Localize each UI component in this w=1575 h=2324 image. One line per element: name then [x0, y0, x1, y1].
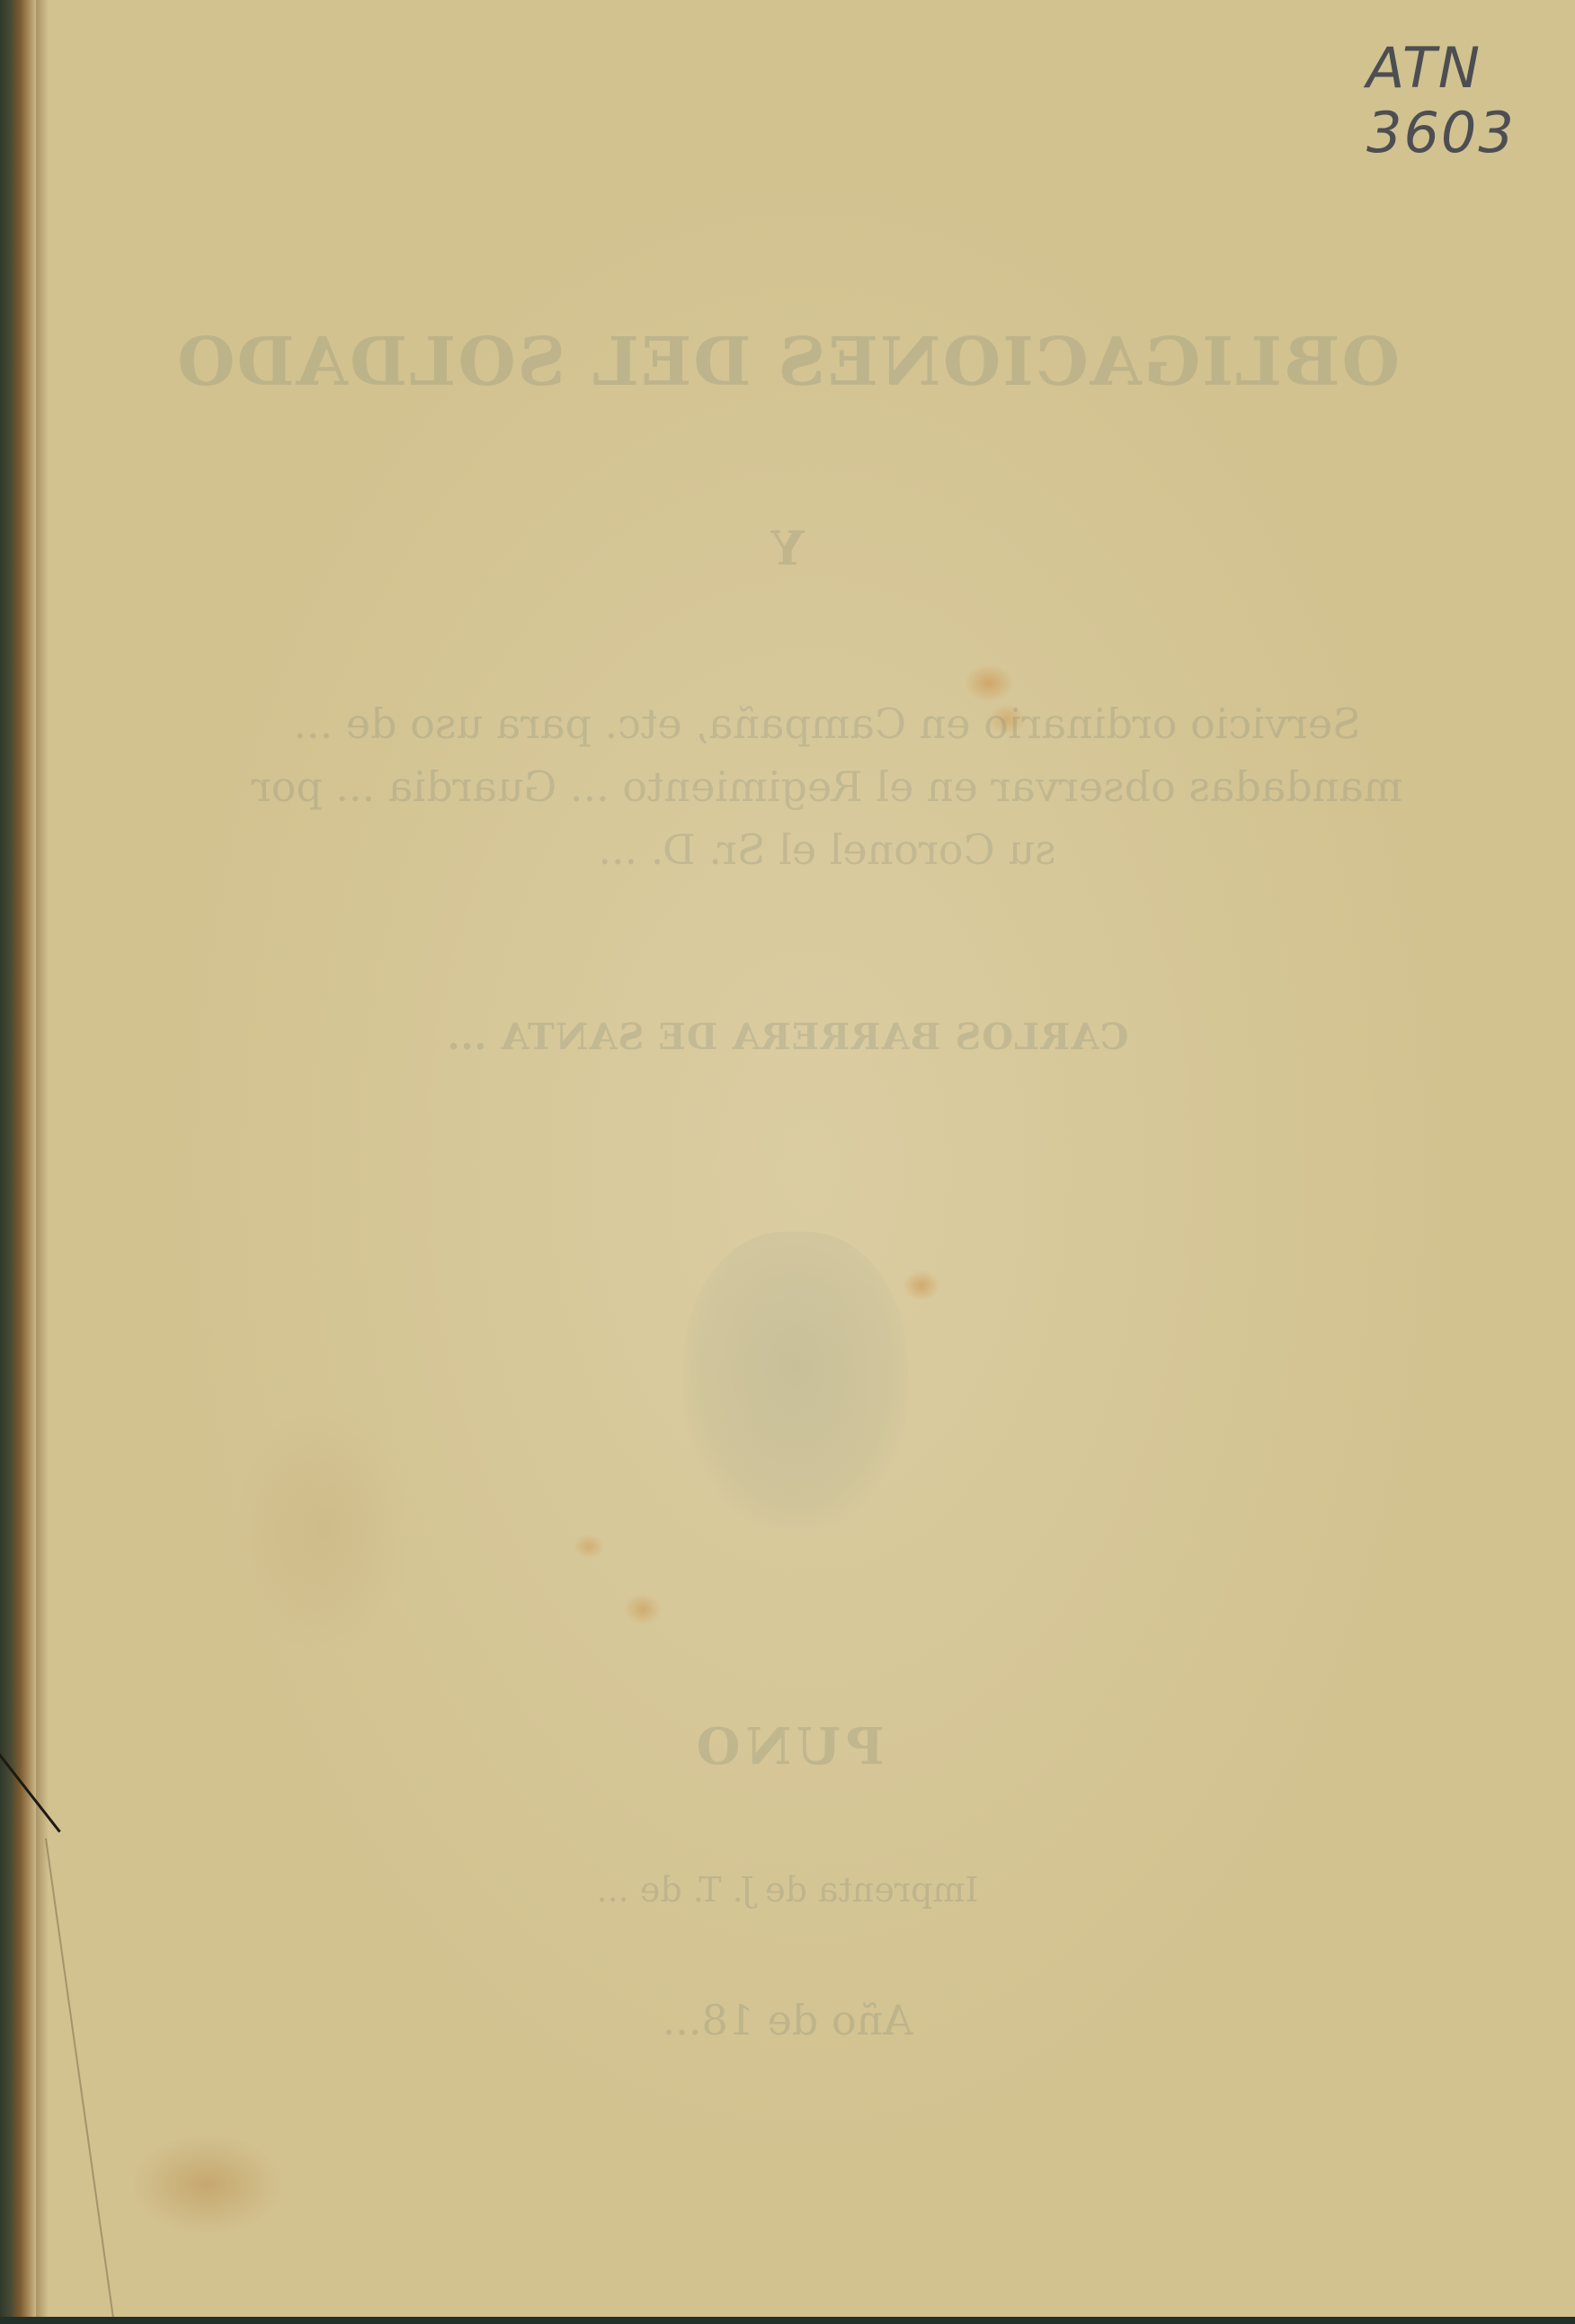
handwritten-catalog-label: ATN 3603 — [1366, 36, 1564, 165]
bottom-edge — [0, 2317, 1575, 2324]
show-through-year: Año de 18... — [0, 1996, 1575, 2044]
show-through-conjunction: Y — [0, 521, 1575, 576]
show-through-author: CARLOS BARRERA DE SANTA ... — [0, 1016, 1575, 1058]
catalog-prefix: ATN — [1366, 36, 1564, 101]
coat-of-arms-icon — [683, 1232, 908, 1528]
scanned-page: ATN 3603 OBLIGACIONES DEL SOLDADO Y Serv… — [0, 0, 1575, 2324]
show-through-city: PUNO — [0, 1717, 1575, 1776]
show-through-printer: Imprenta de J. T. de ... — [0, 1870, 1575, 1910]
show-through-paragraph: Servicio ordinario en Campaña, etc. para… — [243, 692, 1411, 881]
show-through-title: OBLIGACIONES DEL SOLDADO — [0, 324, 1575, 401]
catalog-number: 3603 — [1366, 101, 1564, 165]
paper-tear-line — [45, 1839, 114, 2320]
